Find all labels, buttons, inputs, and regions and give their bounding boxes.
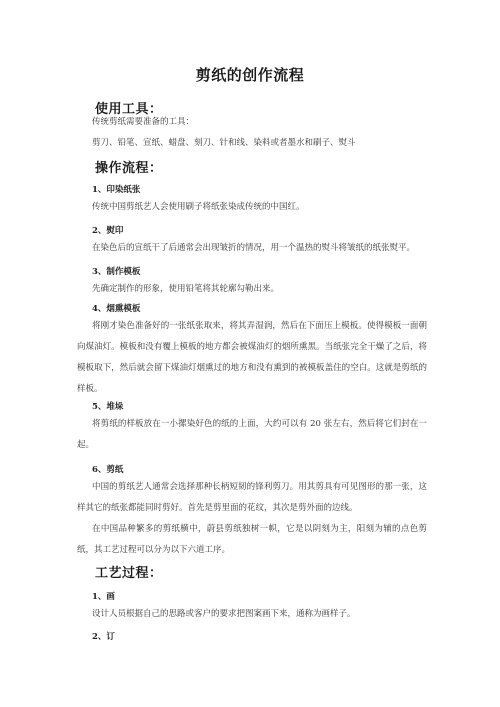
step-title-1: 1、印染纸张 <box>92 183 140 195</box>
section-heading-craft: 工艺过程： <box>95 562 163 581</box>
step-text-2: 在染色后的宣纸干了后通常会出现皱折的情况，用一个温热的熨斗将皱纸的纸张熨平。 <box>92 238 442 259</box>
craft-step-text-1: 设计人员根据自己的思路或客户的要求把图案画下来，通称为画样子。 <box>92 604 432 625</box>
step-text-5: 将剪纸的样板放在一小摞染好色的纸的上面，大约可以有 20 张左右，然后将它们封在… <box>77 414 427 456</box>
document-page: 剪纸的创作流程 使用工具： 传统剪纸需要准备的工具： 剪刀、铅笔、宣纸、蜡盘、刻… <box>0 0 500 707</box>
step-title-2: 2、熨印 <box>92 224 123 236</box>
step-title-6: 6、剪纸 <box>92 463 123 475</box>
step-title-3: 3、制作模板 <box>92 265 140 277</box>
step-text-1: 传统中国剪纸艺人会使用刷子将纸张染成传统的中国红。 <box>92 197 432 218</box>
craft-step-title-1: 1、画 <box>92 590 115 602</box>
step-text-3: 先确定制作的形象，使用铅笔将其轮廓勾勒出来。 <box>92 279 432 300</box>
tools-intro: 传统剪纸需要准备的工具： <box>92 112 432 133</box>
step-title-4: 4、烟熏模板 <box>92 302 140 314</box>
step-text-6b: 在中国品种繁多的剪纸横中，蔚县剪纸独树一帜，它是以阴刻为主，阳刻为辅的点色剪纸，… <box>77 519 427 561</box>
step-text-6: 中国的剪纸艺人通常会选择那种长柄短韧的锋利剪刀。用其剪具有可见图形的那一张，这样… <box>77 477 427 519</box>
tools-list: 剪刀、铅笔、宣纸、蜡盘、刻刀、针和线、染料或者墨水和刷子、熨斗 <box>92 133 432 154</box>
section-heading-operation: 操作流程： <box>95 157 163 176</box>
document-title: 剪纸的创作流程 <box>0 64 500 85</box>
craft-step-title-2: 2、订 <box>92 630 115 642</box>
step-text-4: 将刚才染色准备好的一张纸张取来，将其弄湿润，然后在下面压上模板。使得模板一面朝向… <box>77 316 427 400</box>
step-title-5: 5、堆垛 <box>92 400 123 412</box>
